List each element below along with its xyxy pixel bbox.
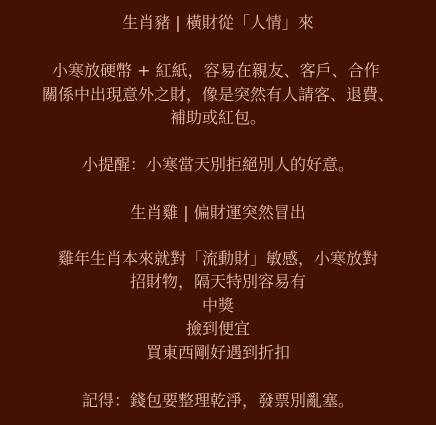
pig-tip: 小提醒：小寒當天別拒絕別人的好意。: [0, 154, 436, 176]
rooster-paragraph-line-2: 招財物，隔天特別容易有: [0, 271, 436, 293]
rooster-reminder: 記得：錢包要整理乾淨，發票別亂塞。: [0, 390, 436, 412]
rooster-list-item-2: 撿到便宜: [0, 318, 436, 340]
article-content: 生肖豬 | 橫財從「人情」來 小寒放硬幣 + 紅紙，容易在親友、客戶、合作 關係…: [0, 0, 436, 425]
rooster-list-item-3: 買東西剛好遇到折扣: [0, 342, 436, 364]
rooster-section-heading: 生肖雞 | 偏財運突然冒出: [0, 202, 436, 224]
pig-paragraph-line-1: 小寒放硬幣 + 紅紙，容易在親友、客戶、合作: [16, 60, 436, 82]
pig-paragraph-line-2: 關係中出現意外之財，像是突然有人請客、退費、: [0, 84, 436, 106]
rooster-paragraph-line-1: 雞年生肖本來就對「流動財」敏感，小寒放對: [0, 248, 436, 270]
rooster-list-item-1: 中獎: [0, 295, 436, 317]
pig-paragraph-line-3: 補助或紅包。: [0, 107, 436, 129]
pig-section-heading: 生肖豬 | 橫財從「人情」來: [0, 12, 436, 34]
